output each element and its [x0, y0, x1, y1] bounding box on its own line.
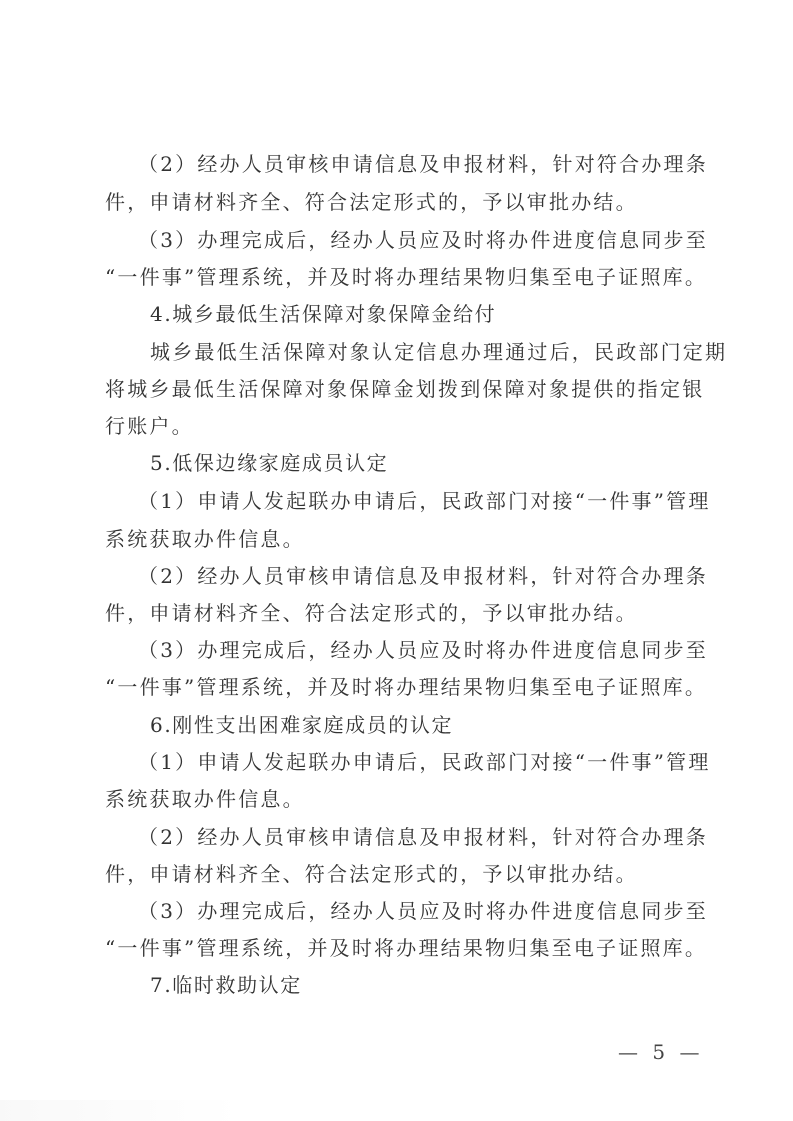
paragraph-line: （1）申请人发起联办申请后，民政部门对接“一件事”管理 [138, 489, 711, 513]
paragraph-line: 系统获取办件信息。 [105, 787, 305, 811]
paragraph-line: 城乡最低生活保障对象认定信息办理通过后，民政部门定期 [150, 340, 727, 364]
paragraph-line: （1）申请人发起联办申请后，民政部门对接“一件事”管理 [138, 750, 711, 774]
paragraph-line: （2）经办人员审核申请信息及申报材料，针对符合办理条 [138, 564, 708, 588]
paragraph-line: （3）办理完成后，经办人员应及时将办件进度信息同步至 [138, 638, 708, 662]
section-heading: 7.临时救助认定 [150, 973, 302, 997]
paragraph-line: 件，申请材料齐全、符合法定形式的，予以审批办结。 [105, 862, 638, 886]
scan-artifact [0, 1100, 240, 1121]
paragraph-line: 系统获取办件信息。 [105, 527, 305, 551]
page-number: — 5 — [618, 1040, 703, 1064]
paragraph-line: （3）办理完成后，经办人员应及时将办件进度信息同步至 [138, 899, 708, 923]
section-heading: 6.刚性支出困难家庭成员的认定 [150, 713, 453, 737]
document-page: （2）经办人员审核申请信息及申报材料，针对符合办理条件，申请材料齐全、符合法定形… [0, 0, 793, 1121]
paragraph-line: （3）办理完成后，经办人员应及时将办件进度信息同步至 [138, 228, 708, 252]
section-heading: 4.城乡最低生活保障对象保障金给付 [150, 302, 496, 326]
paragraph-line: “一件事”管理系统，并及时将办理结果物归集至电子证照库。 [105, 936, 707, 960]
paragraph-line: 将城乡最低生活保障对象保障金划拨到保障对象提供的指定银 [105, 377, 704, 401]
paragraph-line: 件，申请材料齐全、符合法定形式的，予以审批办结。 [105, 190, 638, 214]
paragraph-line: （2）经办人员审核申请信息及申报材料，针对符合办理条 [138, 152, 708, 176]
paragraph-line: 行账户。 [105, 414, 194, 438]
paragraph-line: “一件事”管理系统，并及时将办理结果物归集至电子证照库。 [105, 675, 707, 699]
section-heading: 5.低保边缘家庭成员认定 [150, 451, 388, 475]
paragraph-line: “一件事”管理系统，并及时将办理结果物归集至电子证照库。 [105, 265, 707, 289]
paragraph-line: （2）经办人员审核申请信息及申报材料，针对符合办理条 [138, 825, 708, 849]
paragraph-line: 件，申请材料齐全、符合法定形式的，予以审批办结。 [105, 601, 638, 625]
